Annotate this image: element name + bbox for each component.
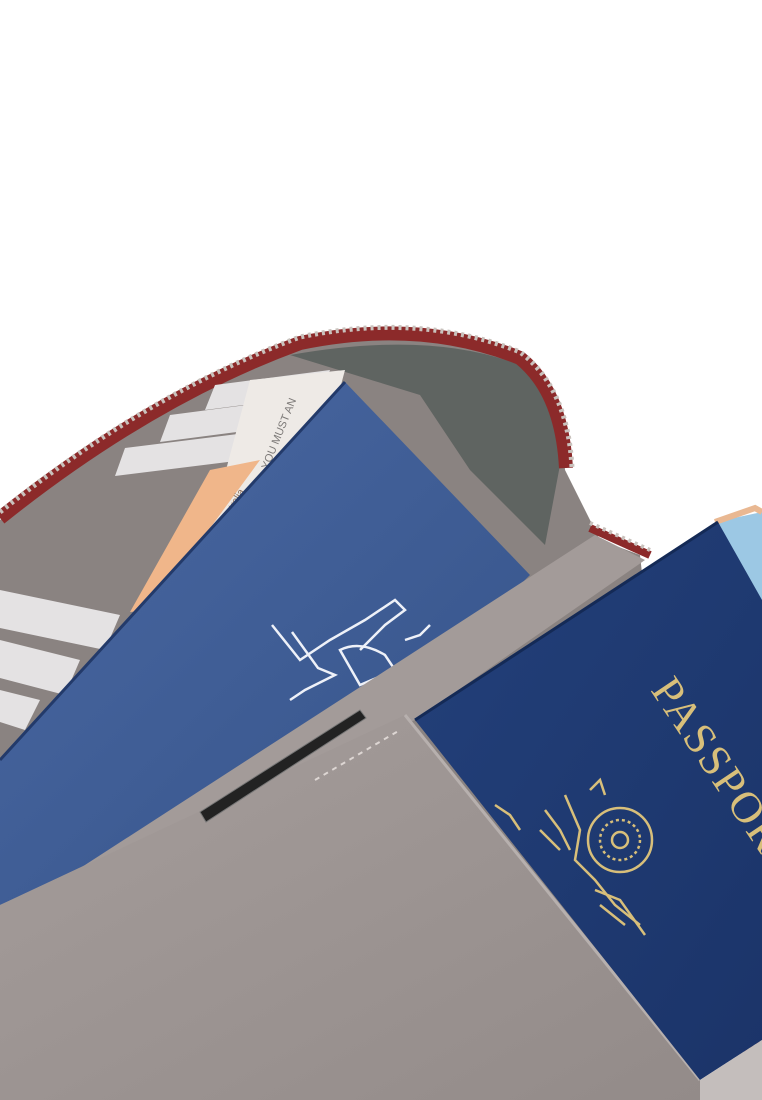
product-photo: YOU MUST AN Australia PASSPOR [0,0,762,1100]
